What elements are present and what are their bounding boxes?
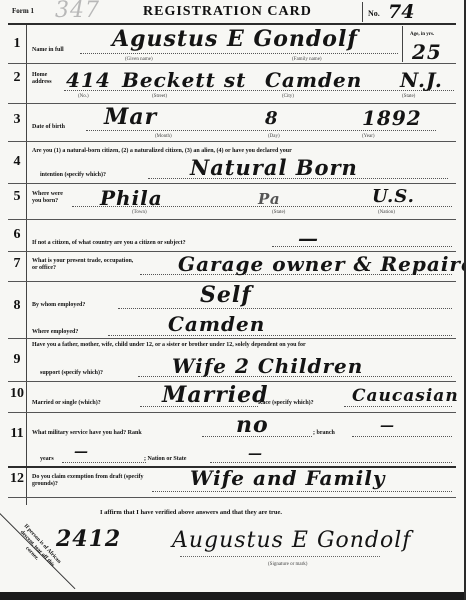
street-sublabel: (Street) (152, 94, 167, 99)
row-number-8: 8 (10, 298, 24, 314)
employment-place-label: Where employed? (32, 329, 78, 336)
pencil-serial-number: 347 (55, 0, 100, 23)
age-box-divider (402, 26, 403, 62)
exemption-label: Do you claim exemption from draft (speci… (32, 474, 150, 488)
age-value: 25 (412, 40, 442, 64)
row-number-7: 7 (10, 256, 24, 272)
row-number-column-divider (26, 25, 27, 505)
employer-value: Self (200, 282, 252, 308)
birth-town-value: Phila (100, 186, 163, 210)
divider (8, 103, 456, 104)
birth-nation-value: U.S. (372, 186, 415, 207)
address-city-value: Camden (265, 68, 362, 92)
divider (8, 183, 456, 184)
age-label: Age, in yrs. (410, 31, 434, 38)
month-sublabel: (Month) (155, 134, 172, 139)
dependents-label: support (specify which)? (40, 370, 103, 377)
day-sublabel: (Day) (268, 134, 280, 139)
nation-or-state-field-line (210, 462, 452, 463)
card-title: REGISTRATION CARD (143, 4, 312, 20)
name-value: Agustus E Gondolf (112, 26, 358, 52)
employer-label: By whom employed? (32, 302, 85, 309)
handwritten-number: 2412 (56, 526, 121, 552)
birth-month-value: Mar (104, 104, 157, 130)
address-state-value: N.J. (400, 68, 443, 92)
citizenship-value: Natural Born (190, 155, 358, 180)
home-address-label: Home address (32, 72, 62, 86)
signature-line (180, 556, 380, 557)
signature: Augustus E Gondolf (172, 528, 411, 553)
years-field-line (62, 462, 146, 463)
divider (8, 412, 456, 413)
state-sublabel: (State) (402, 94, 415, 99)
occupation-label: What is your present trade, occupation, … (32, 258, 137, 272)
row-number-11: 11 (10, 426, 24, 442)
foreign-citizenship-value: — (298, 226, 319, 250)
address-number-value: 414 (66, 68, 111, 92)
divider (8, 219, 456, 220)
name-field-line (80, 53, 398, 54)
affirmation-statement: I affirm that I have verified above answ… (100, 509, 282, 516)
exemption-field-line (152, 491, 452, 492)
birth-day-value: 8 (265, 108, 279, 129)
card-bottom-edge (0, 592, 466, 600)
divider (8, 141, 456, 142)
signature-sublabel: (Signature or mark) (268, 562, 307, 567)
town-sublabel: (Town) (132, 210, 147, 215)
row-number-4: 4 (10, 154, 24, 170)
card-number: 74 (388, 1, 414, 23)
divider (8, 338, 456, 339)
dob-field-line (86, 130, 436, 131)
race-field-line (344, 406, 452, 407)
family-name-sublabel: (Family name) (292, 57, 322, 62)
given-name-sublabel: (Given name) (125, 57, 153, 62)
birth-state-value: Pa (258, 190, 281, 208)
number-sublabel: (No.) (78, 94, 89, 99)
year-sublabel: (Year) (362, 134, 375, 139)
nation-or-state-label: ; Nation or State (144, 456, 186, 463)
employer-field-line (118, 308, 452, 309)
exemption-value: Wife and Family (190, 466, 386, 490)
years-label: years (40, 456, 54, 463)
foreign-citizenship-label: If not a citizen, of what country are yo… (32, 240, 186, 247)
rank-value: no (236, 412, 269, 438)
name-label: Name in full (32, 47, 64, 54)
birthplace-label: Where were you born? (32, 191, 72, 205)
years-value: — (74, 444, 89, 460)
branch-field-line (352, 436, 452, 437)
row-number-1: 1 (10, 36, 24, 52)
occupation-value: Garage owner & Repairer (178, 252, 466, 276)
divider (8, 23, 456, 25)
dependents-value: Wife 2 Children (172, 354, 363, 378)
date-of-birth-label: Date of birth (32, 124, 65, 131)
citizenship-question: Are you (1) a natural-born citizen, (2) … (32, 148, 292, 155)
state-sublabel: (State) (272, 210, 285, 215)
branch-value: — (380, 418, 395, 434)
row-number-10: 10 (10, 386, 24, 402)
row-number-5: 5 (10, 189, 24, 205)
number-label: No. (368, 9, 380, 18)
row-number-12: 12 (10, 471, 24, 487)
citizenship-label: intention (specify which)? (40, 172, 106, 179)
city-sublabel: (City) (282, 94, 294, 99)
race-value: Caucasian (352, 386, 459, 406)
branch-label: ; branch (313, 430, 335, 437)
row-number-2: 2 (10, 70, 24, 86)
marital-status-label: Married or single (which)? (32, 400, 101, 407)
employment-place-value: Camden (168, 312, 265, 336)
nation-sublabel: (Nation) (378, 210, 395, 215)
row-number-9: 9 (10, 352, 24, 368)
divider (8, 63, 456, 64)
row-number-3: 3 (10, 112, 24, 128)
race-label: Race (specify which)? (258, 400, 314, 407)
employment-place-field-line (108, 335, 452, 336)
registration-card: Form 1 347 REGISTRATION CARD No. 74 1 Na… (0, 0, 466, 592)
birth-year-value: 1892 (362, 106, 422, 130)
divider (8, 497, 456, 498)
row-number-6: 6 (10, 227, 24, 243)
address-street-value: Beckett st (122, 68, 246, 92)
form-label: Form 1 (12, 7, 34, 15)
military-service-label: What military service have you had? Rank (32, 430, 142, 437)
dependents-question: Have you a father, mother, wife, child u… (32, 342, 306, 349)
marital-status-value: Married (162, 382, 269, 408)
nation-or-state-value: — (248, 446, 263, 462)
